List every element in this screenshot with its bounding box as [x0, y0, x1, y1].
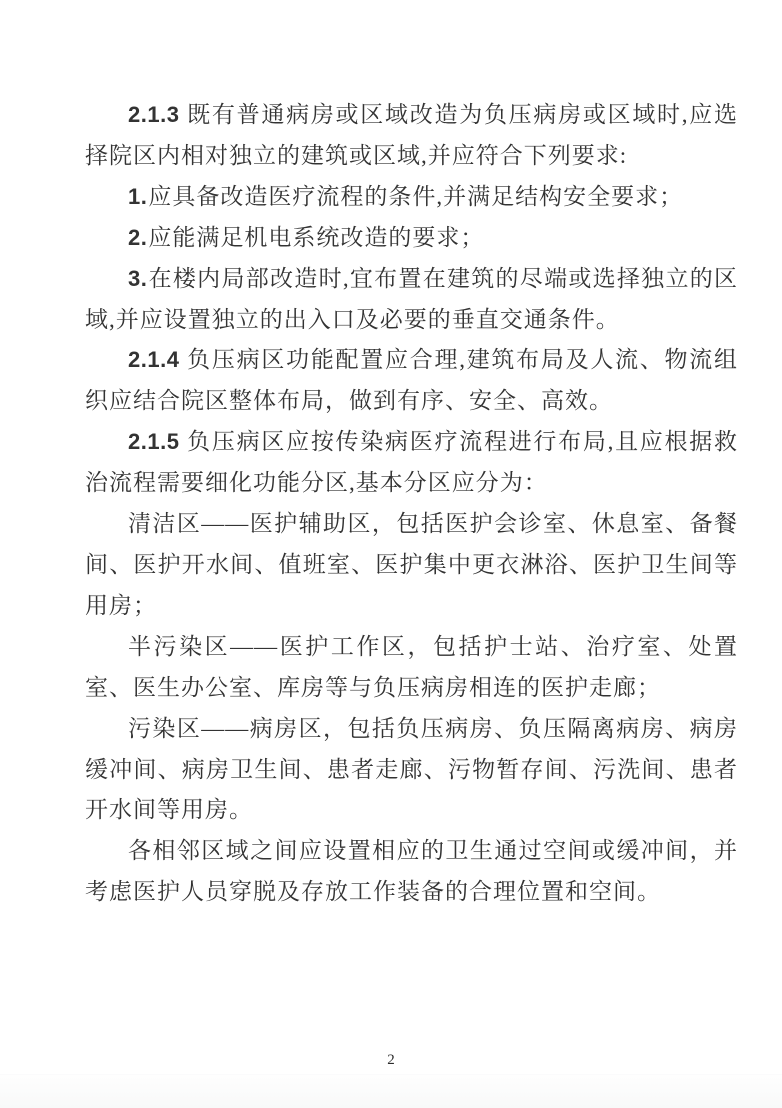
paragraph-text: 各相邻区域之间应设置相应的卫生通过空间或缓冲间，并考虑医护人员穿脱及存放工作装备…: [85, 838, 738, 904]
item-number: 1.: [128, 184, 147, 209]
paragraph-2-1-3: 2.1.3既有普通病房或区域改造为负压病房或区域时,应选择院区内相对独立的建筑或…: [85, 95, 738, 177]
paragraph-text: 应能满足机电系统改造的要求；: [148, 225, 484, 250]
paragraph-item-3: 3.在楼内局部改造时,宜布置在建筑的尽端或选择独立的区域,并应设置独立的出入口及…: [85, 259, 738, 341]
paragraph-text: 既有普通病房或区域改造为负压病房或区域时,应选择院区内相对独立的建筑或区域,并应…: [85, 102, 738, 168]
paragraph-semi-contaminated-zone: 半污染区——医护工作区，包括护士站、治疗室、处置室、医生办公室、库房等与负压病房…: [85, 627, 738, 709]
paragraph-text: 负压病区应按传染病医疗流程进行布局,且应根据救治流程需要细化功能分区,基本分区应…: [85, 429, 738, 495]
paragraph-text: 污染区——病房区，包括负压病房、负压隔离病房、病房缓冲间、病房卫生间、患者走廊、…: [85, 716, 738, 823]
item-number: 3.: [128, 266, 147, 291]
paragraph-2-1-4: 2.1.4负压病区功能配置应合理,建筑布局及人流、物流组织应结合院区整体布局，做…: [85, 340, 738, 422]
paragraph-text: 半污染区——医护工作区，包括护士站、治疗室、处置室、医生办公室、库房等与负压病房…: [85, 634, 738, 700]
section-number: 2.1.5: [128, 429, 179, 454]
paragraph-text: 负压病区功能配置应合理,建筑布局及人流、物流组织应结合院区整体布局，做到有序、安…: [85, 347, 738, 413]
paragraph-text: 在楼内局部改造时,宜布置在建筑的尽端或选择独立的区域,并应设置独立的出入口及必要…: [85, 266, 738, 332]
paragraph-item-1: 1.应具备改造医疗流程的条件,并满足结构安全要求；: [85, 177, 738, 218]
section-number: 2.1.4: [128, 347, 179, 372]
paragraph-text: 清洁区——医护辅助区，包括医护会诊室、休息室、备餐间、医护开水间、值班室、医护集…: [85, 511, 738, 618]
paragraph-contaminated-zone: 污染区——病房区，包括负压病房、负压隔离病房、病房缓冲间、病房卫生间、患者走廊、…: [85, 709, 738, 832]
paragraph-adjacent-zones: 各相邻区域之间应设置相应的卫生通过空间或缓冲间，并考虑医护人员穿脱及存放工作装备…: [85, 831, 738, 913]
paragraph-text: 应具备改造医疗流程的条件,并满足结构安全要求；: [148, 184, 683, 209]
item-number: 2.: [128, 225, 147, 250]
section-number: 2.1.3: [128, 102, 179, 127]
page-number: 2: [0, 1052, 782, 1069]
document-body: 2.1.3既有普通病房或区域改造为负压病房或区域时,应选择院区内相对独立的建筑或…: [85, 95, 738, 913]
document-page: 2.1.3既有普通病房或区域改造为负压病房或区域时,应选择院区内相对独立的建筑或…: [0, 0, 782, 1108]
page-bottom-shade: [0, 1074, 782, 1108]
paragraph-item-2: 2.应能满足机电系统改造的要求；: [85, 218, 738, 259]
paragraph-2-1-5: 2.1.5负压病区应按传染病医疗流程进行布局,且应根据救治流程需要细化功能分区,…: [85, 422, 738, 504]
paragraph-clean-zone: 清洁区——医护辅助区，包括医护会诊室、休息室、备餐间、医护开水间、值班室、医护集…: [85, 504, 738, 627]
